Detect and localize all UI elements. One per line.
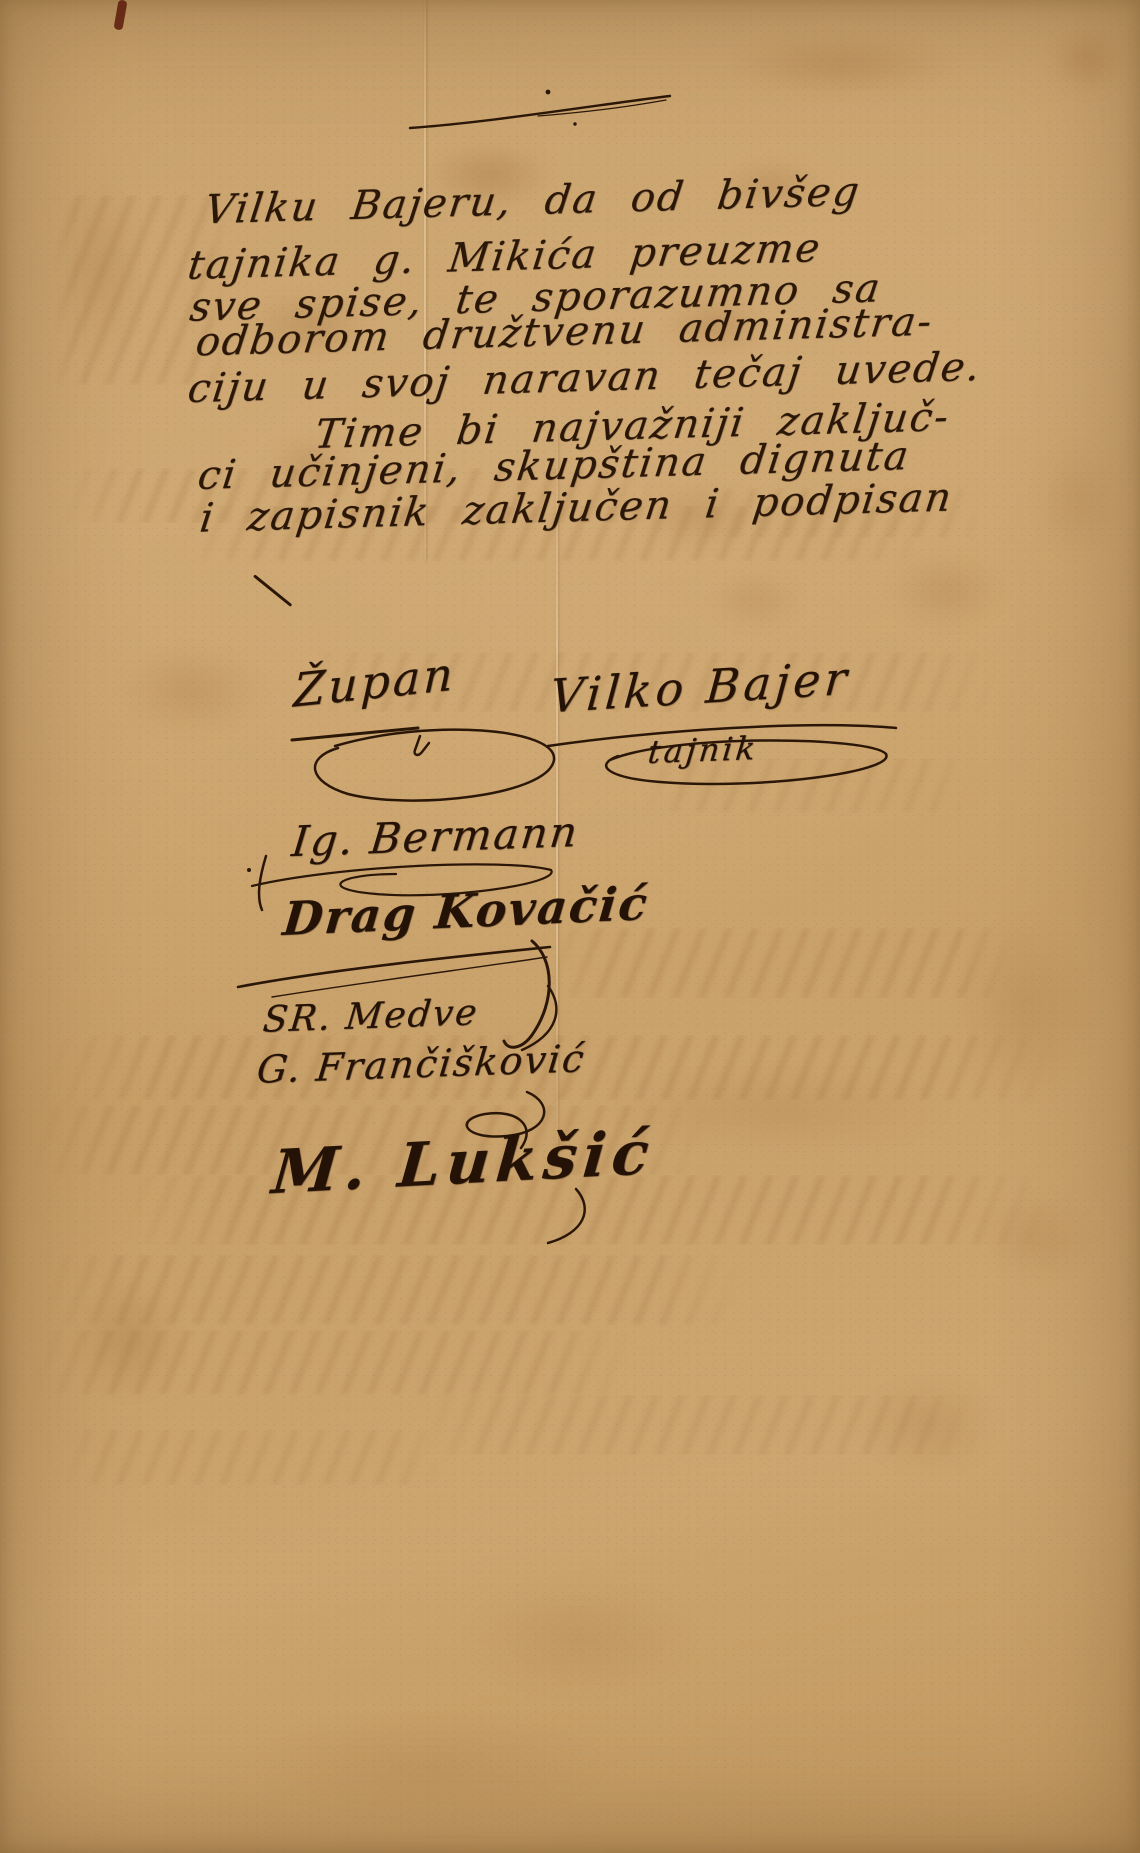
paper-stain [865,538,1030,643]
paper-stain [1035,12,1140,107]
body-line: Vilku Bajeru, da od bivšeg [202,169,863,233]
manuscript-page: Vilku Bajeru, da od bivšeg tajnika g. Mi… [0,0,1140,1853]
ink-bleedthrough [60,1430,440,1485]
paper-stain [828,1358,1033,1493]
signature-title-tajnik: tajnik [646,729,760,771]
paper-stain [38,148,163,393]
signature-zupan: Župan [292,646,456,718]
zupan-signature-flourish [290,712,580,817]
luksic-signature-flourish [532,1185,602,1249]
paper-stain [58,1258,203,1423]
signature-member-medve: SR. Medve [261,992,481,1041]
paper-stain [88,628,293,753]
paper-stain [680,22,1000,107]
paper-stain [955,1175,1120,1300]
paper-stain [1015,418,1140,583]
paper-stain [688,558,823,643]
paper-stain [178,1695,683,1840]
red-ink-edge-mark [113,0,127,31]
pen-flourish-ornament [398,82,698,142]
stray-pen-stroke [253,574,292,607]
